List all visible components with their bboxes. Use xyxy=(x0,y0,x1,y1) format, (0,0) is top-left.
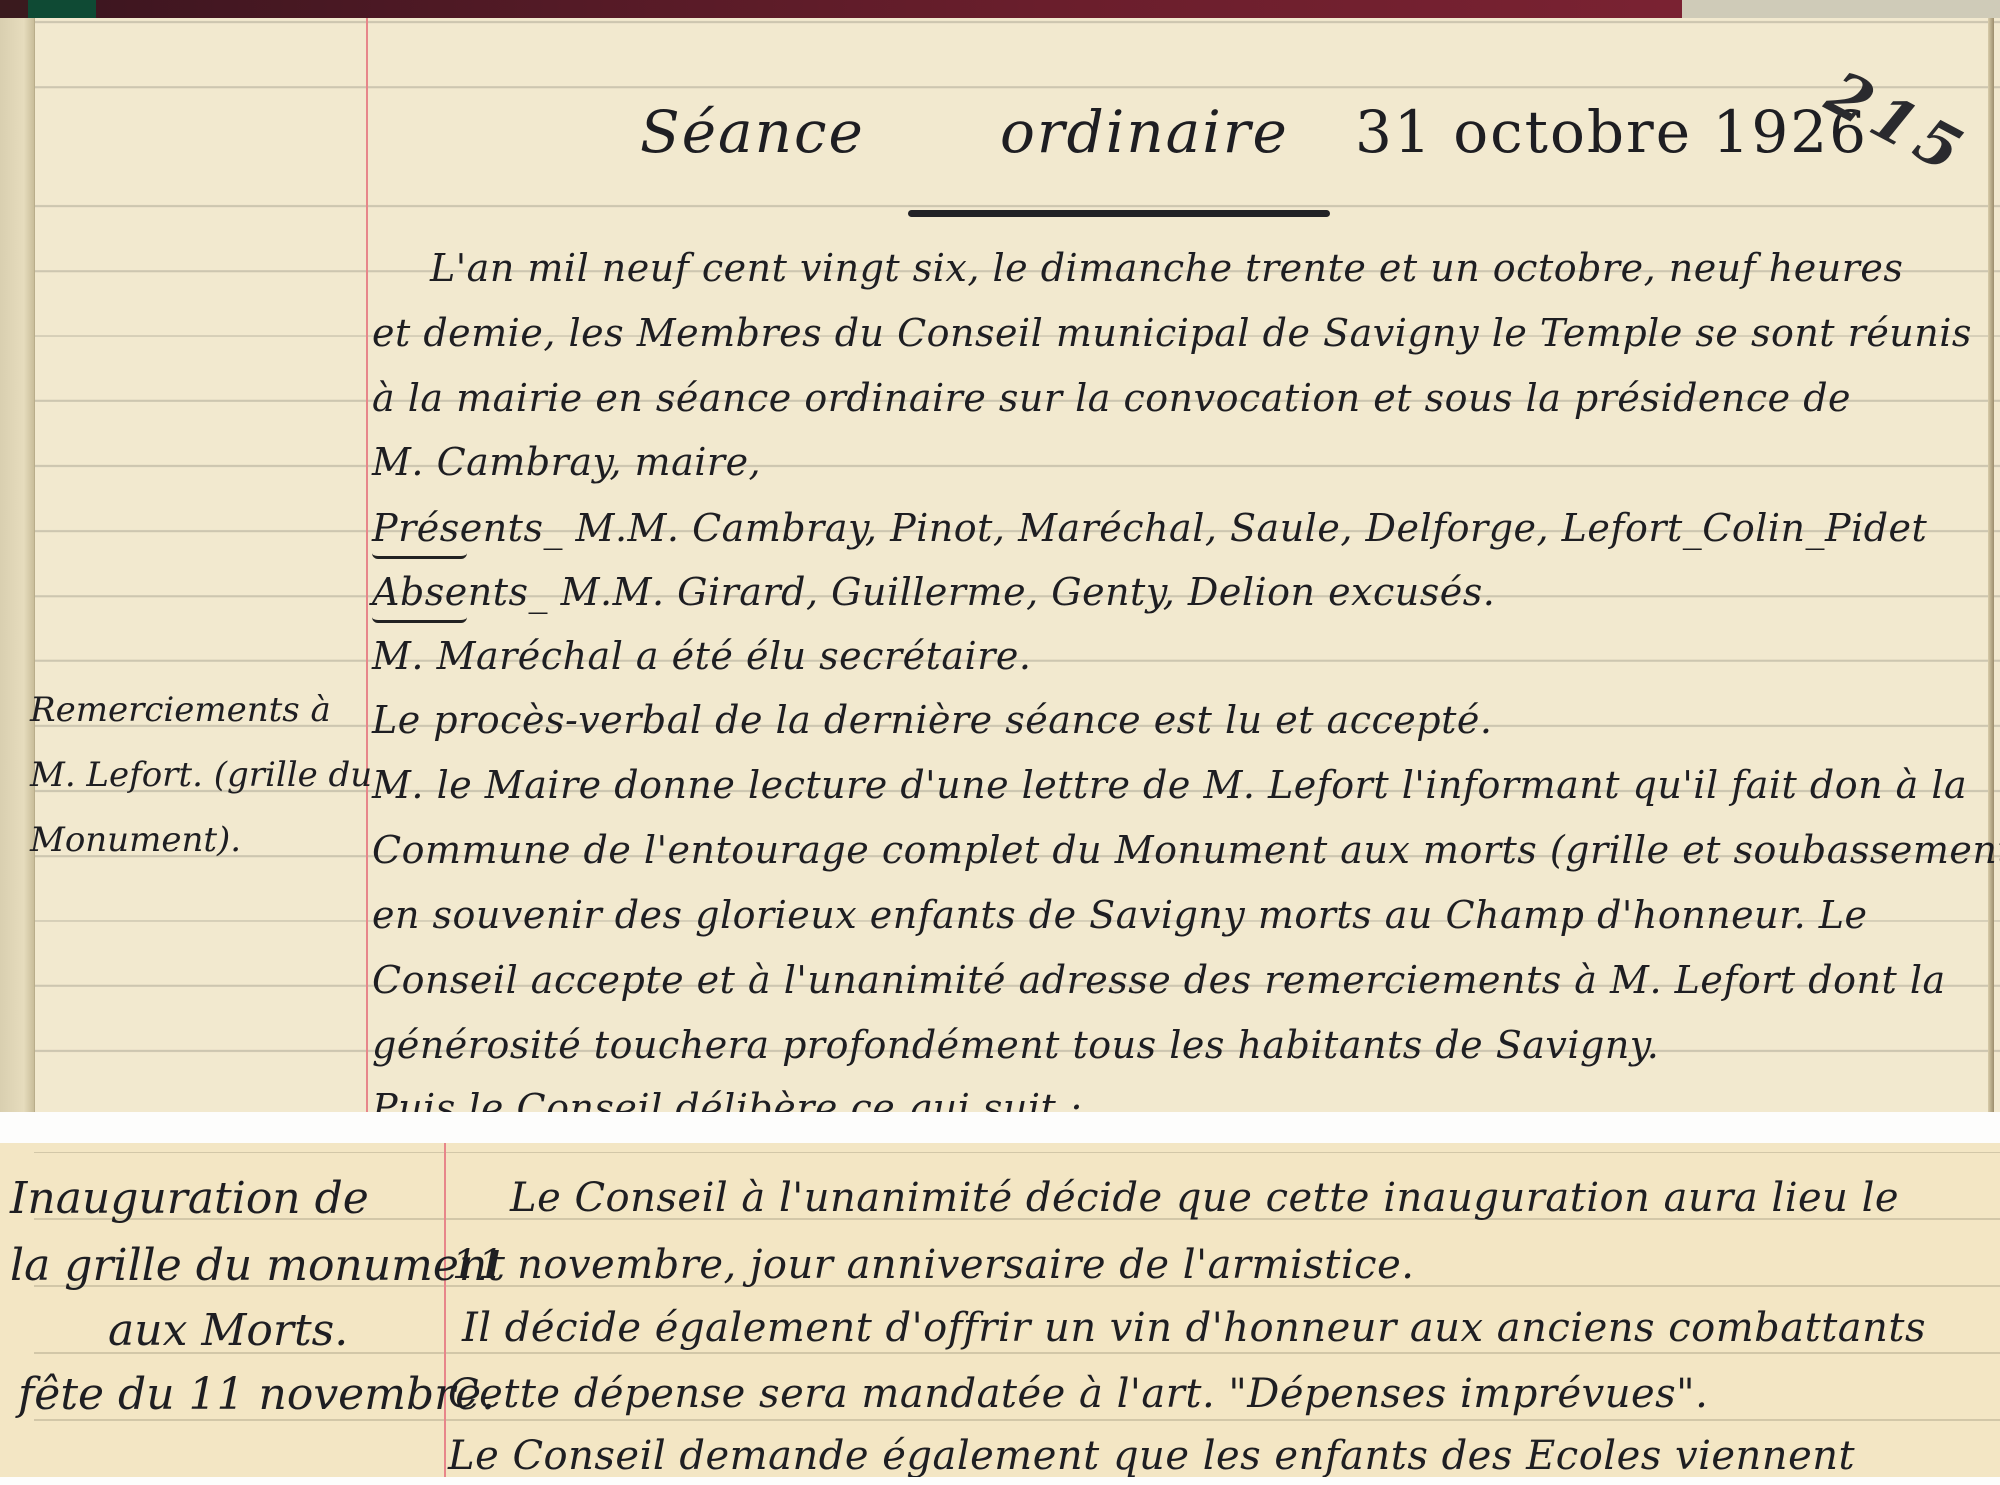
minutes-line: Le Conseil demande également que les enf… xyxy=(448,1433,1855,1477)
scan-bottom-border xyxy=(0,1477,2000,1485)
register-page-bottom: Inauguration de la grille du monument au… xyxy=(0,1143,2000,1477)
margin-note-line: la grille du monument xyxy=(10,1240,505,1291)
minutes-line: L'an mil neuf cent vingt six, le dimanch… xyxy=(430,246,1903,290)
presents-wavy-underline xyxy=(372,548,467,559)
margin-note-line: aux Morts. xyxy=(108,1305,348,1356)
session-title-seance: Séance xyxy=(640,98,865,166)
page-binding-edge xyxy=(0,18,35,1112)
book-cover-edge xyxy=(0,0,2000,18)
margin-rule xyxy=(444,1143,446,1477)
absents-wavy-underline xyxy=(372,612,467,623)
cover-pale-band xyxy=(1682,0,2000,18)
scan-gap xyxy=(0,1112,2000,1143)
minutes-line: et demie, les Membres du Conseil municip… xyxy=(372,311,1972,355)
minutes-line-absents: Absents_ M.M. Girard, Guillerme, Genty, … xyxy=(372,570,1495,614)
register-page-top: Séance ordinaire 31 octobre 1926 215 Rem… xyxy=(0,18,2000,1112)
margin-rule xyxy=(366,18,368,1112)
session-date: 31 octobre 1926 xyxy=(1355,98,1868,166)
minutes-line: M. le Maire donne lecture d'une lettre d… xyxy=(372,763,1967,807)
minutes-line: M. Maréchal a été élu secrétaire. xyxy=(372,634,1031,678)
title-underline xyxy=(908,210,1330,217)
page-right-edge xyxy=(1988,18,1994,1112)
margin-note-line: Remerciements à xyxy=(30,690,331,730)
minutes-line: Cette dépense sera mandatée à l'art. "Dé… xyxy=(448,1371,1708,1417)
minutes-line: Le Conseil à l'unanimité décide que cett… xyxy=(510,1175,1899,1221)
minutes-line: Conseil accepte et à l'unanimité adresse… xyxy=(372,958,1946,1002)
minutes-line: générosité touchera profondément tous le… xyxy=(372,1023,1659,1067)
minutes-line-presents: Présents_ M.M. Cambray, Pinot, Maréchal,… xyxy=(372,506,1927,550)
cover-maroon-band xyxy=(96,0,1682,18)
margin-note-line: Monument). xyxy=(30,820,241,860)
minutes-line: à la mairie en séance ordinaire sur la c… xyxy=(372,376,1851,420)
minutes-line: M. Cambray, maire, xyxy=(372,440,761,484)
minutes-line: Il décide également d'offrir un vin d'ho… xyxy=(462,1305,1926,1351)
minutes-line: Le procès-verbal de la dernière séance e… xyxy=(372,698,1492,742)
minutes-line: en souvenir des glorieux enfants de Savi… xyxy=(372,893,1868,937)
cover-green-band xyxy=(28,0,96,18)
minutes-line: Commune de l'entourage complet du Monume… xyxy=(372,828,2000,872)
ruled-lines xyxy=(34,18,2000,1112)
margin-note-line: fête du 11 novembre. xyxy=(18,1369,495,1420)
session-title-ordinaire: ordinaire xyxy=(1000,98,1289,166)
margin-note-line: M. Lefort. (grille du xyxy=(30,755,372,795)
minutes-line-clipped: Puis le Conseil délibère ce qui suit : xyxy=(372,1086,1082,1112)
margin-note-line: Inauguration de xyxy=(10,1173,369,1224)
minutes-line: 11 novembre, jour anniversaire de l'armi… xyxy=(452,1242,1414,1288)
